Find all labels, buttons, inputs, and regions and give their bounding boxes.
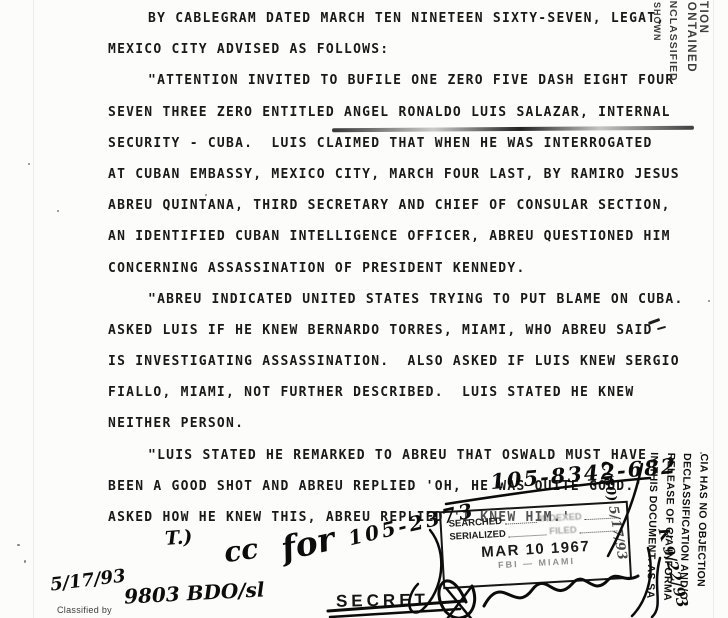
fbi-stamp-filed-label: FILED bbox=[549, 525, 577, 538]
typed-line: ASKED LUIS IF HE KNEW BERNARDO TORRES, M… bbox=[108, 315, 684, 346]
classification-stamp-line: ATION CONTAINED bbox=[685, 0, 709, 82]
typed-line: CONCERNING ASSASSINATION OF PRESIDENT KE… bbox=[108, 253, 684, 284]
scan-speck bbox=[28, 163, 30, 165]
typed-line: BY CABLEGRAM DATED MARCH TEN NINETEEN SI… bbox=[108, 3, 684, 34]
fbi-stamp-indexed-label: INDEXED bbox=[539, 511, 582, 524]
typed-line: SEVEN THREE ZERO ENTITLED ANGEL RONALDO … bbox=[108, 97, 684, 128]
fbi-stamp-fill-line bbox=[580, 530, 618, 533]
secret-stamp: SECRET bbox=[336, 590, 429, 612]
typed-line: AT CUBAN EMBASSY, MEXICO CITY, MARCH FOU… bbox=[108, 159, 684, 190]
handwritten-note-t: T.) bbox=[164, 526, 193, 550]
fbi-stamp-serialized-label: SERIALIZED bbox=[449, 529, 506, 543]
scan-speck bbox=[57, 210, 59, 212]
scan-speck bbox=[640, 362, 642, 364]
scan-artifact-line bbox=[33, 0, 34, 618]
typed-line: "ABREU INDICATED UNITED STATES TRYING TO… bbox=[108, 284, 684, 315]
scanned-document-page: BY CABLEGRAM DATED MARCH TEN NINETEEN SI… bbox=[0, 0, 728, 618]
handwritten-cc: cc bbox=[222, 532, 260, 569]
classified-by-print: Classified by bbox=[57, 605, 112, 615]
typed-line: ABREU QUINTANA, THIRD SECRETARY AND CHIE… bbox=[108, 190, 684, 221]
typed-line: IS INVESTIGATING ASSASSINATION. ALSO ASK… bbox=[108, 346, 684, 377]
classification-stamp-line: UNCLASSIFIED bbox=[667, 0, 679, 82]
classification-stamp: ATION CONTAINED UNCLASSIFIED SHOWN bbox=[652, 0, 709, 82]
typed-line: MEXICO CITY ADVISED AS FOLLOWS: bbox=[108, 34, 684, 65]
typed-line: AN IDENTIFIED CUBAN INTELLIGENCE OFFICER… bbox=[108, 221, 684, 252]
typed-text-block: BY CABLEGRAM DATED MARCH TEN NINETEEN SI… bbox=[108, 3, 684, 533]
fbi-stamp-fill-line bbox=[509, 534, 547, 537]
typed-line: "ATTENTION INVITED TO BUFILE ONE ZERO FI… bbox=[108, 65, 684, 96]
scan-speck bbox=[17, 544, 20, 546]
scan-artifact-line bbox=[713, 0, 714, 618]
handwritten-office-code: 9803 BDO/sl bbox=[123, 577, 265, 608]
classification-stamp-line: SHOWN bbox=[652, 0, 662, 82]
typed-line: FIALLO, MIAMI, NOT FURTHER DESCRIBED. LU… bbox=[108, 377, 684, 408]
scan-speck bbox=[708, 300, 710, 302]
scan-speck bbox=[24, 560, 26, 563]
typed-line: SECURITY - CUBA. LUIS CLAIMED THAT WHEN … bbox=[108, 128, 684, 159]
cia-release-stamp-line: CIA HAS NO OBJECTION bbox=[692, 453, 712, 602]
scan-speck bbox=[205, 194, 207, 196]
typed-line: NEITHER PERSON. bbox=[108, 408, 684, 439]
handwritten-date: 5/17/93 bbox=[49, 565, 127, 595]
